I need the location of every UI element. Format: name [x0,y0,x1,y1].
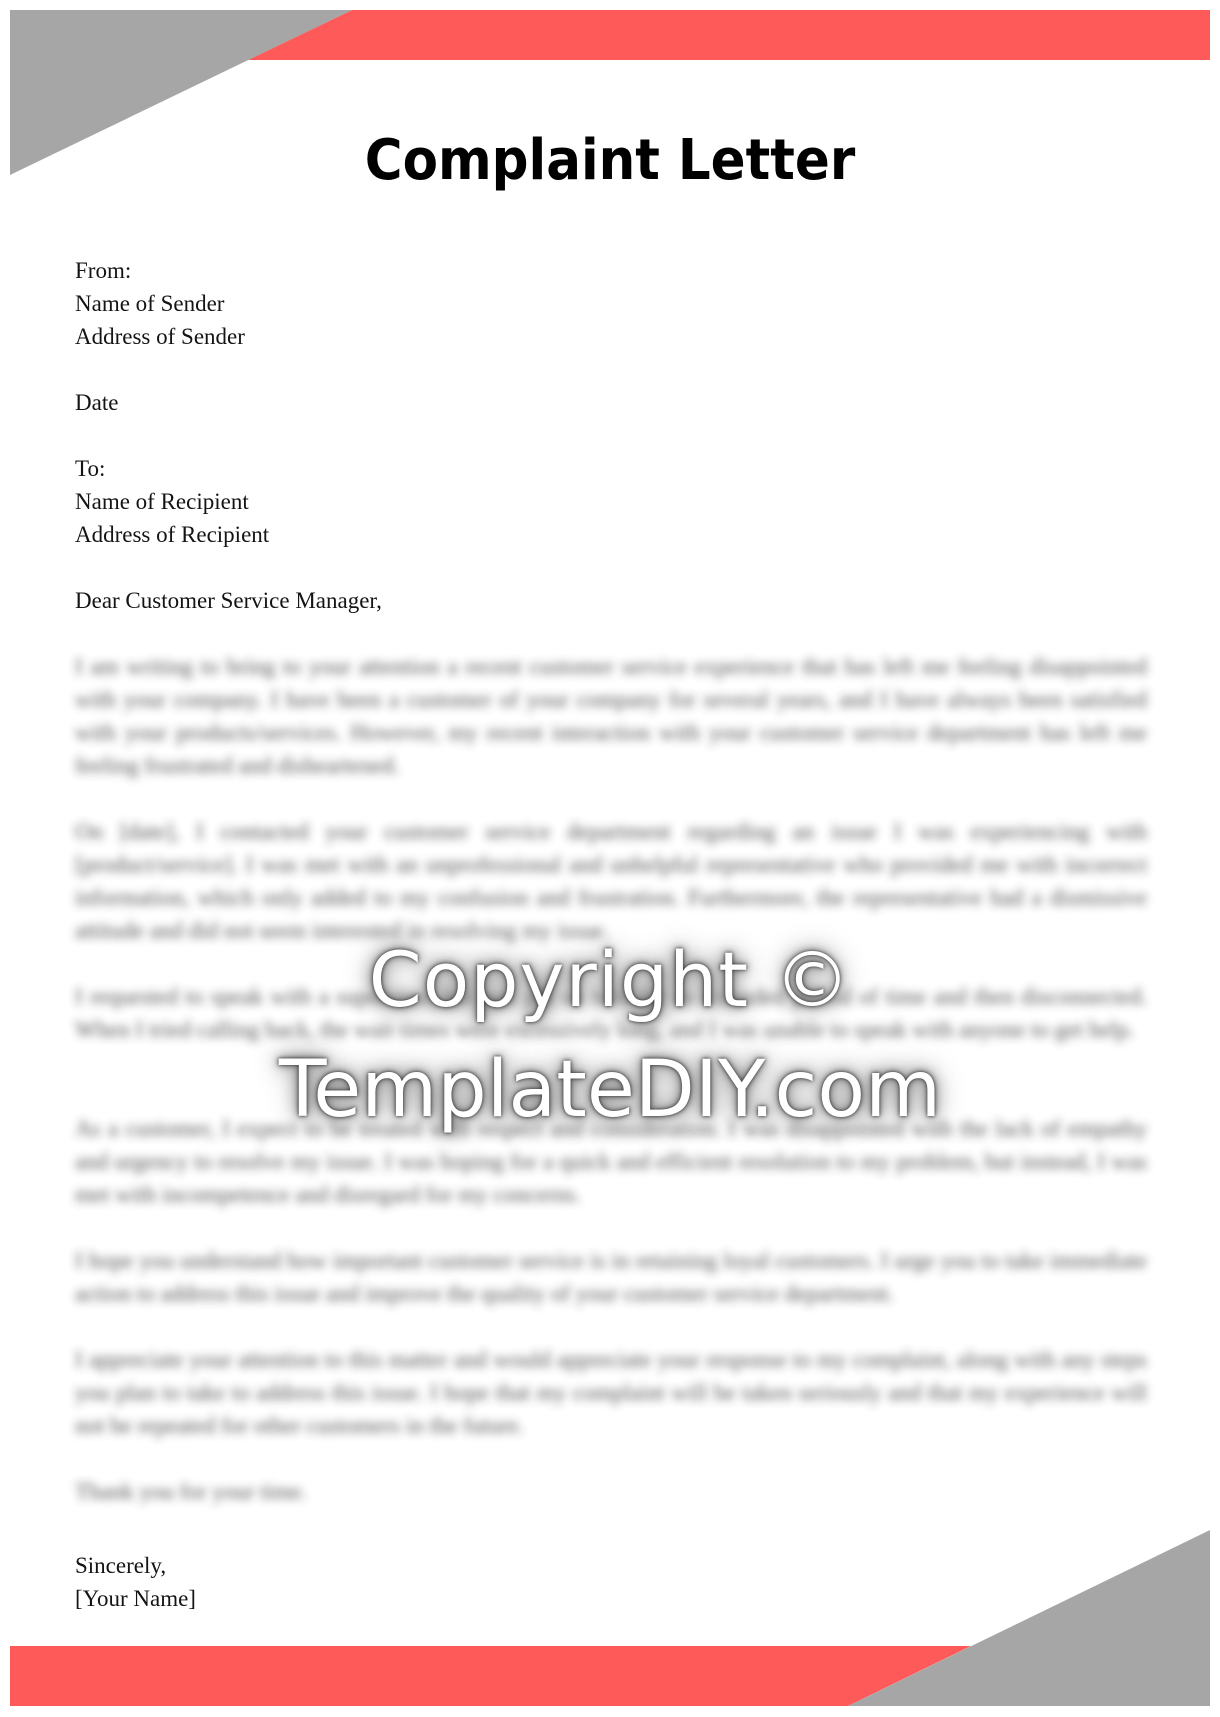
recipient-address: Address of Recipient [75,518,269,551]
closing: Sincerely, [75,1549,166,1582]
sender-address: Address of Sender [75,320,245,353]
body-paragraph: On [date], I contacted your customer ser… [75,815,1147,947]
recipient-name: Name of Recipient [75,485,249,518]
letter-date: Date [75,386,118,419]
watermark-copyright: Copyright © [0,935,1220,1024]
signature: [Your Name] [75,1582,196,1615]
watermark-site: TemplateDIY.com [0,1045,1220,1135]
bottom-red-band [10,1646,971,1706]
body-paragraph: I am writing to bring to your attention … [75,650,1147,782]
bottom-right-gray-triangle [848,1530,1210,1706]
sender-name: Name of Sender [75,287,224,320]
document-title: Complaint Letter [49,128,1171,193]
thanks-line: Thank you for your time. [75,1475,307,1508]
body-paragraph: I appreciate your attention to this matt… [75,1343,1147,1442]
sender-label: From: [75,254,131,287]
salutation: Dear Customer Service Manager, [75,584,382,617]
recipient-label: To: [75,452,105,485]
body-paragraph: I hope you understand how important cust… [75,1244,1147,1310]
top-red-band [248,10,1210,60]
